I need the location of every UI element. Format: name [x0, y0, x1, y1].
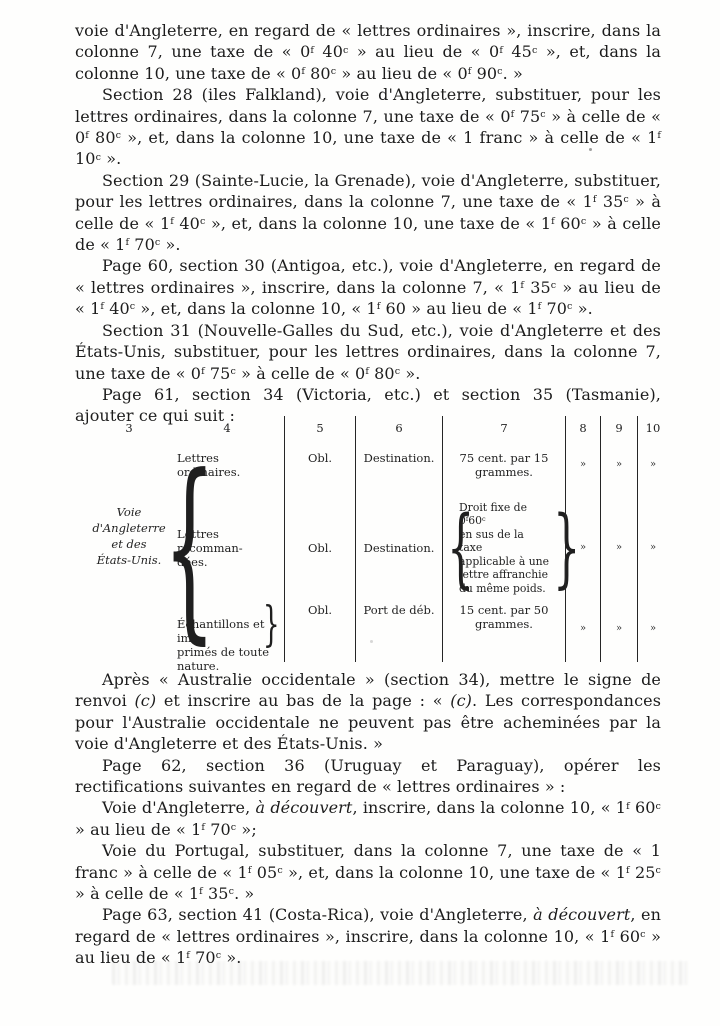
table-cell-designation: Échantillons et im-primés de toutenature…: [170, 596, 284, 662]
ditto-mark: »: [637, 444, 668, 500]
body-text-lower: Après « Australie occidentale » (section…: [75, 669, 661, 969]
table-cell-obligation: Obl.: [284, 444, 355, 500]
paragraph: voie d'Angleterre, en regard de « lettre…: [75, 20, 661, 84]
table-cell-rate: 75 cent. par 15grammes.: [442, 444, 565, 500]
ditto-mark: »: [637, 596, 668, 662]
paragraph: Section 28 (iles Falkland), voie d'Angle…: [75, 84, 661, 170]
paragraph: Section 31 (Nouvelle-Galles du Sud, etc.…: [75, 320, 661, 384]
table-cell-payer: Destination.: [355, 500, 442, 596]
body-text-upper: voie d'Angleterre, en regard de « lettre…: [75, 20, 661, 427]
paragraph: Page 63, section 41 (Costa-Rica), voie d…: [75, 904, 661, 968]
rate-table: 3 4 5 6 7 8 9 10 Voied'Angleterreet desÉ…: [88, 416, 668, 662]
route-group-label: Voied'Angleterreet desÉtats-Unis.: [88, 444, 170, 662]
table-cell-rate: 15 cent. par 50grammes.: [442, 596, 565, 662]
column-header: 5: [284, 416, 355, 444]
ditto-mark: »: [565, 500, 600, 596]
column-header: 8: [565, 416, 600, 444]
table-cell-designation: Lettres recomman-dées.: [170, 500, 284, 596]
column-header: 7: [442, 416, 565, 444]
rate-table-grid: 3 4 5 6 7 8 9 10 Voied'Angleterreet desÉ…: [88, 416, 668, 662]
table-cell-payer: Port de déb.: [355, 596, 442, 662]
paragraph: Voie du Portugal, substituer, dans la co…: [75, 840, 661, 904]
paragraph: Après « Australie occidentale » (section…: [75, 669, 661, 755]
table-cell-obligation: Obl.: [284, 500, 355, 596]
open-brace: {: [447, 505, 455, 591]
ditto-mark: »: [600, 596, 637, 662]
paragraph: Page 60, section 30 (Antigoa, etc.), voi…: [75, 255, 661, 319]
ditto-mark: »: [600, 500, 637, 596]
ditto-mark: »: [600, 444, 637, 500]
paragraph: Section 29 (Sainte-Lucie, la Grenade), v…: [75, 170, 661, 256]
column-header: 10: [637, 416, 668, 444]
column-header: 6: [355, 416, 442, 444]
table-cell-payer: Destination.: [355, 444, 442, 500]
paragraph: Voie d'Angleterre, à découvert, inscrire…: [75, 797, 661, 840]
ditto-mark: »: [565, 444, 600, 500]
ditto-mark: »: [565, 596, 600, 662]
scan-speck: [589, 148, 592, 151]
column-header: 4: [170, 416, 284, 444]
table-cell-obligation: Obl.: [284, 596, 355, 662]
document-page: voie d'Angleterre, en regard de « lettre…: [0, 0, 720, 1026]
paragraph: Page 62, section 36 (Uruguay et Paraguay…: [75, 755, 661, 798]
column-header: 3: [88, 416, 170, 444]
close-brace: }: [553, 505, 561, 591]
ditto-mark: »: [637, 500, 668, 596]
ghost-text-strip: [112, 961, 690, 985]
scan-speck: [370, 640, 373, 643]
table-cell-rate: { Droit fixe de 0f60cen sus de la taxeap…: [442, 500, 565, 596]
column-header: 9: [600, 416, 637, 444]
table-cell-designation: Lettres ordinaires.: [170, 444, 284, 500]
close-brace: }: [263, 600, 280, 648]
